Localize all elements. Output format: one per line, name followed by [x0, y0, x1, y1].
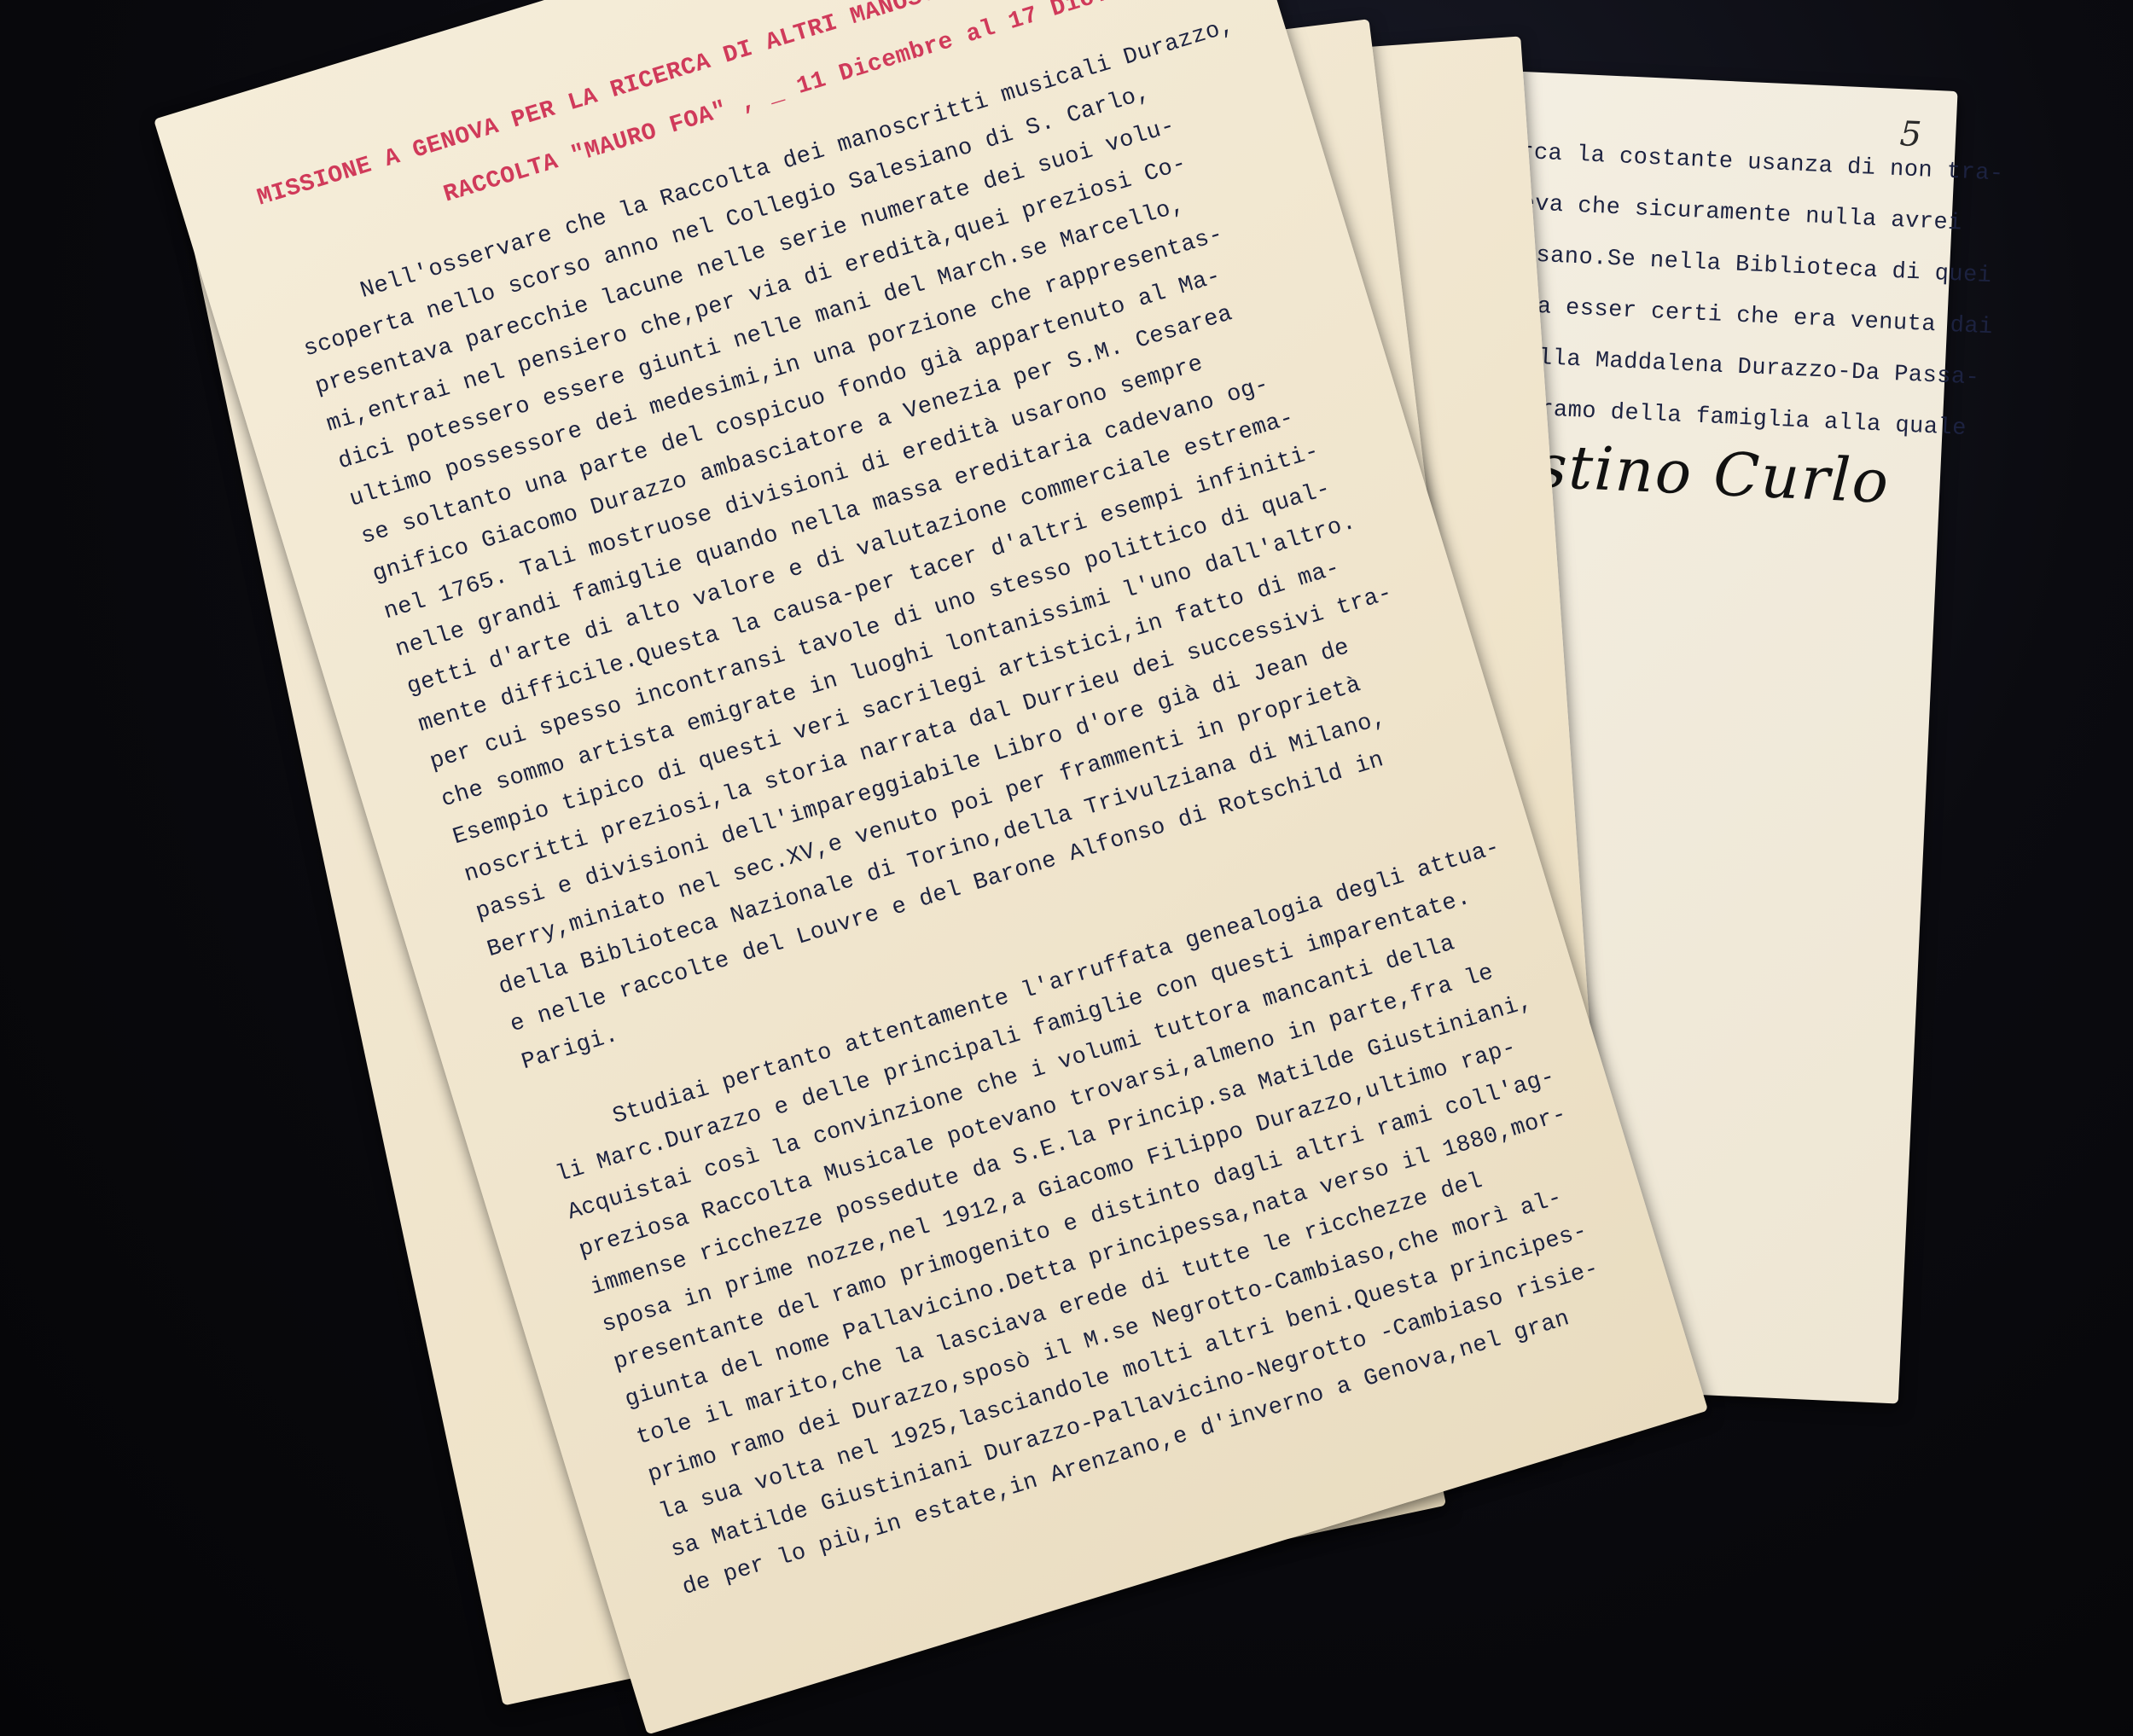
page-number: 5 [1899, 114, 1923, 154]
